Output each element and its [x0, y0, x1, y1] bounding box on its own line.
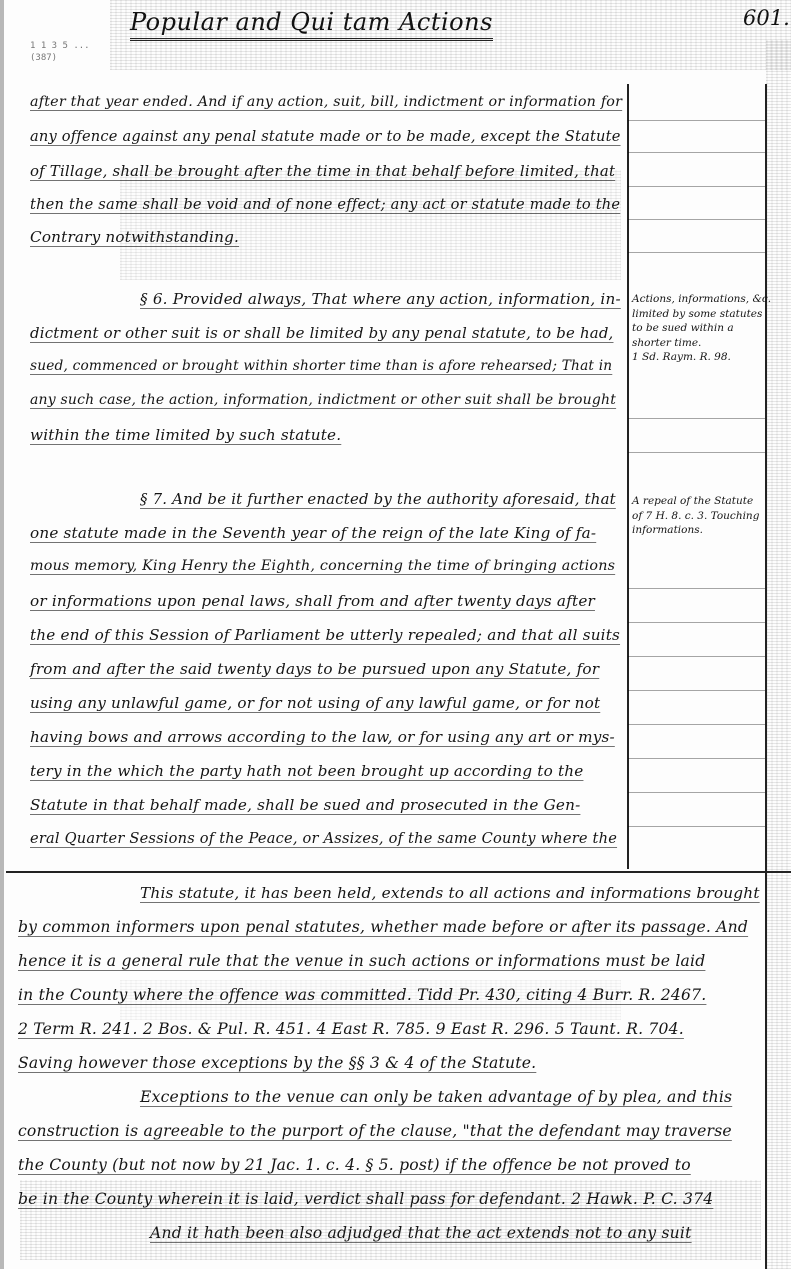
margin-ruled-line: [628, 418, 765, 419]
text-line: Contrary notwithstanding.: [30, 228, 239, 246]
photocopy-noise-right: [766, 40, 791, 1269]
margin-ruled-line: [628, 219, 765, 220]
margin-note-line: Actions, informations, &c.: [632, 292, 762, 307]
margin-rule-outer: [765, 84, 767, 1269]
commentary-line: Exceptions to the venue can only be take…: [140, 1088, 732, 1106]
margin-note-line: shorter time.: [632, 336, 762, 351]
margin-note-repeal: A repeal of the Statute of 7 H. 8. c. 3.…: [632, 494, 762, 538]
text-line: sued, commenced or brought within shorte…: [30, 358, 612, 374]
commentary-line: be in the County wherein it is laid, ver…: [18, 1190, 713, 1208]
text-line: dictment or other suit is or shall be li…: [30, 324, 614, 342]
margin-ruled-line: [628, 690, 765, 691]
margin-note-line: of 7 H. 8. c. 3. Touching: [632, 509, 762, 524]
text-line section-6-start: § 6. Provided always, That where any act…: [140, 290, 621, 308]
text-line: one statute made in the Seventh year of …: [30, 524, 596, 542]
section-divider-rule: [6, 871, 791, 873]
commentary-line: by common informers upon penal statutes,…: [18, 918, 748, 936]
margin-note-limited-actions: Actions, informations, &c. limited by so…: [632, 292, 762, 365]
commentary-line: 2 Term R. 241. 2 Bos. & Pul. R. 451. 4 E…: [18, 1020, 684, 1038]
commentary-line: the County (but not now by 21 Jac. 1. c.…: [18, 1156, 691, 1174]
margin-note-line: 1 Sd. Raym. R. 98.: [632, 350, 762, 365]
margin-ruled-line: [628, 120, 765, 121]
text-line section-7-start: § 7. And be it further enacted by the au…: [140, 490, 616, 508]
corner-annotation: 1 1 3 5 ... (387): [30, 40, 90, 64]
margin-ruled-line: [628, 656, 765, 657]
margin-ruled-line: [628, 588, 765, 589]
margin-ruled-line: [628, 826, 765, 827]
margin-note-line: to be sued within a: [632, 321, 762, 336]
text-line: using any unlawful game, or for not usin…: [30, 694, 600, 712]
margin-ruled-line: [628, 622, 765, 623]
text-line: having bows and arrows according to the …: [30, 728, 615, 746]
margin-ruled-line: [628, 152, 765, 153]
commentary-line: And it hath been also adjudged that the …: [150, 1224, 692, 1242]
text-line: mous memory, King Henry the Eighth, conc…: [30, 558, 615, 574]
margin-rule-inner: [627, 84, 629, 869]
text-line: any offence against any penal statute ma…: [30, 128, 621, 145]
photocopy-noise-band: [120, 170, 621, 280]
text-line: or informations upon penal laws, shall f…: [30, 592, 595, 610]
page-title: Popular and Qui tam Actions: [130, 8, 493, 41]
scan-left-edge: [0, 0, 4, 1269]
text-line: from and after the said twenty days to b…: [30, 660, 599, 678]
text-line: Statute in that behalf made, shall be su…: [30, 796, 580, 814]
commentary-line: in the County where the offence was comm…: [18, 986, 706, 1004]
margin-ruled-line: [628, 452, 765, 453]
text-line: the end of this Session of Parliament be…: [30, 626, 620, 644]
margin-ruled-line: [628, 724, 765, 725]
margin-ruled-line: [628, 758, 765, 759]
margin-ruled-line: [628, 792, 765, 793]
text-line: any such case, the action, information, …: [30, 392, 616, 408]
text-line: of Tillage, shall be brought after the t…: [30, 162, 615, 180]
commentary-line: construction is agreeable to the purport…: [18, 1122, 732, 1140]
manuscript-page: 1 1 3 5 ... (387) Popular and Qui tam Ac…: [0, 0, 791, 1269]
commentary-line: hence it is a general rule that the venu…: [18, 952, 705, 970]
text-line: eral Quarter Sessions of the Peace, or A…: [30, 830, 617, 847]
page-number: 601.: [743, 6, 790, 30]
margin-note-line: limited by some statutes: [632, 307, 762, 322]
text-line: after that year ended. And if any action…: [30, 94, 622, 110]
margin-note-line: A repeal of the Statute: [632, 494, 762, 509]
text-line: within the time limited by such statute.: [30, 426, 341, 444]
commentary-line: Saving however those exceptions by the §…: [18, 1054, 536, 1072]
text-line: tery in the which the party hath not bee…: [30, 762, 583, 780]
margin-ruled-line: [628, 186, 765, 187]
margin-note-line: informations.: [632, 523, 762, 538]
text-line: then the same shall be void and of none …: [30, 196, 620, 213]
commentary-line: This statute, it has been held, extends …: [140, 884, 760, 902]
margin-ruled-line: [628, 252, 765, 253]
